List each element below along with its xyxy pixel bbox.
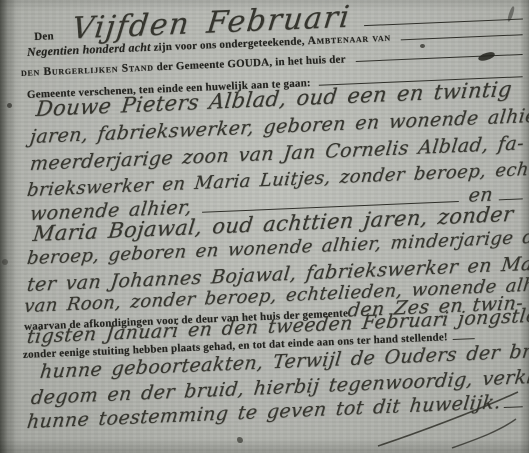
text-segment: den Burgerlijken Stand bbox=[21, 61, 154, 80]
spacer bbox=[54, 37, 72, 39]
text-segment: Negentien honderd acht bbox=[27, 41, 151, 60]
ink-speck bbox=[7, 103, 12, 108]
pen-flourish bbox=[372, 388, 524, 452]
text-segment: Den bbox=[34, 30, 54, 43]
filler-rule bbox=[499, 194, 523, 200]
filler-rule bbox=[453, 334, 475, 340]
spacer bbox=[391, 39, 401, 40]
spacer bbox=[192, 212, 202, 213]
filler-rule bbox=[364, 15, 523, 27]
text-segment: der Gemeente GOUDA, in het huis der bbox=[153, 53, 346, 74]
scanned-marriage-record: DenVijfden FebruariNegentien honderd ach… bbox=[0, 0, 529, 453]
ink-speck bbox=[237, 437, 243, 443]
ink-speck bbox=[2, 259, 8, 265]
filler-rule bbox=[401, 30, 523, 40]
text-segment: Ambtenaar van bbox=[307, 32, 391, 49]
filler-rule bbox=[356, 50, 523, 62]
spacer bbox=[346, 61, 356, 62]
ink-speck bbox=[420, 44, 425, 48]
spacer bbox=[350, 25, 364, 27]
